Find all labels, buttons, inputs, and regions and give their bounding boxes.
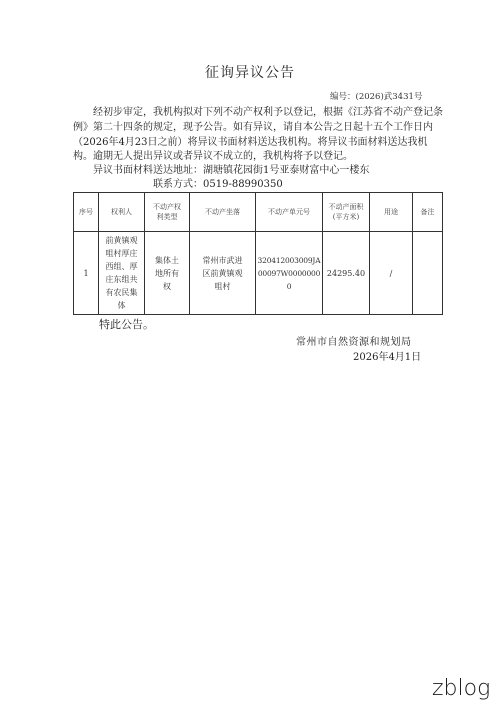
issue-date: 2026年4月1日 [353,348,421,363]
header-use: 用途 [370,193,413,232]
cell-note [413,232,443,315]
cell-seq: 1 [74,232,99,315]
contact-phone: 联系方式：0519-88990350 [153,178,283,192]
closing-remark: 特此公告。 [99,316,154,332]
cell-location: 常州市武进区前黄镇观咀村 [190,232,256,315]
cell-use: / [370,232,413,315]
cell-area: 24295.40 [323,232,370,315]
table-row: 1 前黄镇观咀村厚庄西组、厚庄东组共有农民集体 集体土地所有权 常州市武进区前黄… [74,232,443,315]
notice-body-paragraph: 经初步审定，我机构拟对下列不动产权利予以登记，根据《江苏省不动产登记条例》第二十… [73,106,445,165]
watermark-logo: zblog [432,676,490,701]
header-note: 备注 [413,193,443,232]
cell-right-type: 集体土地所有权 [145,232,190,315]
issuing-organization: 常州市自然资源和规划局 [296,333,412,348]
header-area: 不动产面积(平方米) [323,193,370,232]
property-registration-table: 序号 权利人 不动产权利类型 不动产坐落 不动产单元号 不动产面积(平方米) 用… [73,192,443,315]
document-number: 编号：(2026)武3431号 [330,90,422,102]
objection-address: 异议书面材料送达地址：湖塘镇花园街1号亚泰财富中心一楼东 [93,164,369,178]
table-header-row: 序号 权利人 不动产权利类型 不动产坐落 不动产单元号 不动产面积(平方米) 用… [74,193,443,232]
cell-owner: 前黄镇观咀村厚庄西组、厚庄东组共有农民集体 [99,232,145,315]
header-owner: 权利人 [99,193,145,232]
cell-unit-no: 320412003009JA00097W00000000 [256,232,323,315]
header-seq: 序号 [74,193,99,232]
header-right-type: 不动产权利类型 [145,193,190,232]
notice-title: 征询异议公告 [0,62,500,82]
header-location: 不动产坐落 [190,193,256,232]
header-unit-no: 不动产单元号 [256,193,323,232]
